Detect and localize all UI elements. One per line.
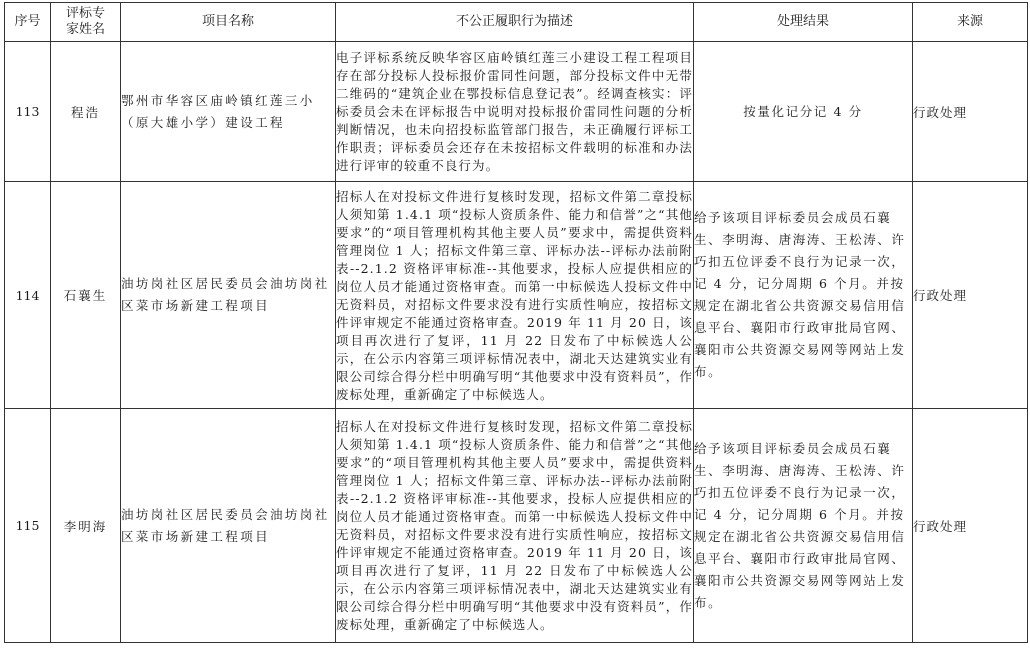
header-result: 处理结果 <box>694 3 913 42</box>
source-cell: 行政处理 <box>913 42 1028 182</box>
header-project: 项目名称 <box>121 3 336 42</box>
behavior-text: 招标人在对投标文件进行复核时发现，招标文件第二章投标人须知第 1.4.1 项“投… <box>336 417 693 634</box>
project-cell: 鄂州市华容区庙岭镇红莲三小（原大雄小学）建设工程 <box>121 42 336 182</box>
header-seq: 序号 <box>5 3 51 42</box>
source-cell: 行政处理 <box>913 409 1028 643</box>
seq-cell: 115 <box>5 409 51 643</box>
table-row: 114 石襄生 油坊岗社区居民委员会油坊岗社区菜市场新建工程项目 招标人在对投标… <box>5 182 1028 409</box>
table-row: 115 李明海 油坊岗社区居民委员会油坊岗社区菜市场新建工程项目 招标人在对投标… <box>5 409 1028 643</box>
behavior-text: 电子评标系统反映华容区庙岭镇红莲三小建设工程工程项目存在部分投标人投标报价雷同性… <box>336 48 693 175</box>
header-row: 序号 评标专家姓名 项目名称 不公正履职行为描述 处理结果 来源 <box>5 3 1028 42</box>
behavior-cell: 电子评标系统反映华容区庙岭镇红莲三小建设工程工程项目存在部分投标人投标报价雷同性… <box>336 42 694 182</box>
behavior-text: 招标人在对投标文件进行复核时发现，招标文件第二章投标人须知第 1.4.1 项“投… <box>336 187 693 404</box>
violations-table: 序号 评标专家姓名 项目名称 不公正履职行为描述 处理结果 来源 113 程浩 … <box>4 2 1028 643</box>
expert-cell: 石襄生 <box>51 182 121 409</box>
expert-cell: 程浩 <box>51 42 121 182</box>
header-expert: 评标专家姓名 <box>51 3 121 42</box>
expert-cell: 李明海 <box>51 409 121 643</box>
behavior-cell: 招标人在对投标文件进行复核时发现，招标文件第二章投标人须知第 1.4.1 项“投… <box>336 409 694 643</box>
source-cell: 行政处理 <box>913 182 1028 409</box>
header-source: 来源 <box>913 3 1028 42</box>
result-cell: 按量化记分记 4 分 <box>694 42 913 182</box>
seq-cell: 113 <box>5 42 51 182</box>
project-cell: 油坊岗社区居民委员会油坊岗社区菜市场新建工程项目 <box>121 182 336 409</box>
table-row: 113 程浩 鄂州市华容区庙岭镇红莲三小（原大雄小学）建设工程 电子评标系统反映… <box>5 42 1028 182</box>
result-cell: 给予该项目评标委员会成员石襄生、李明海、唐海涛、王松涛、许巧扣五位评委不良行为记… <box>694 409 913 643</box>
project-cell: 油坊岗社区居民委员会油坊岗社区菜市场新建工程项目 <box>121 409 336 643</box>
result-cell: 给予该项目评标委员会成员石襄生、李明海、唐海涛、王松涛、许巧扣五位评委不良行为记… <box>694 182 913 409</box>
seq-cell: 114 <box>5 182 51 409</box>
header-behavior: 不公正履职行为描述 <box>336 3 694 42</box>
behavior-cell: 招标人在对投标文件进行复核时发现，招标文件第二章投标人须知第 1.4.1 项“投… <box>336 182 694 409</box>
